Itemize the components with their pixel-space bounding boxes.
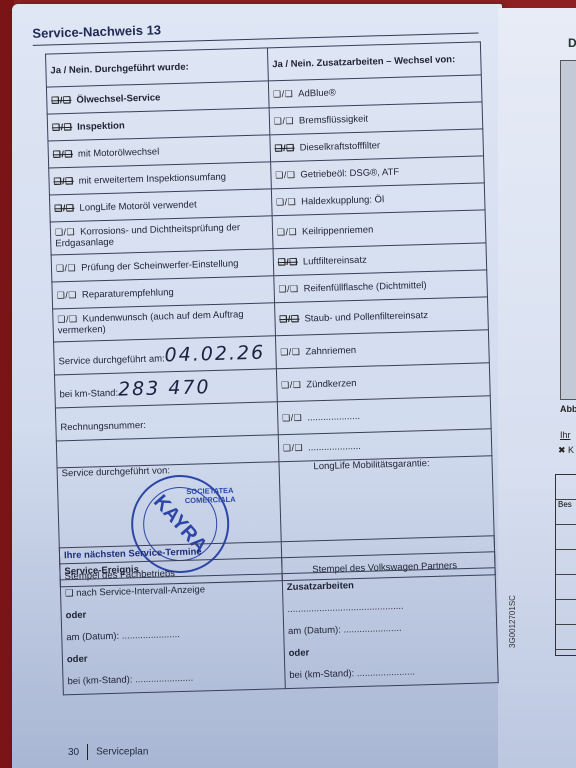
stamp-ring-text: SOCIETATEA COMERCIALA bbox=[163, 485, 257, 506]
footer-divider bbox=[87, 744, 88, 760]
invoice-field-label: Rechnungsnummer: bbox=[60, 420, 146, 433]
checkbox-yes-no[interactable]: ❑/❑ bbox=[283, 442, 303, 453]
extra-km-field[interactable]: ...................... bbox=[357, 666, 415, 679]
service-record-form: Service-Nachweis 13 Ja / Nein. Durchgefü… bbox=[30, 5, 499, 697]
right-page-line-1: Ihr bbox=[560, 430, 571, 440]
right-item-label: AdBlue® bbox=[298, 87, 336, 99]
left-item-label: Inspektion bbox=[77, 120, 125, 132]
checkbox-yes-checked[interactable]: ❑/❑ bbox=[54, 202, 74, 213]
next-km-label: bei (km-Stand): bbox=[67, 674, 132, 687]
extra-work-field[interactable]: ...................... bbox=[287, 602, 345, 615]
service-date-field-value[interactable]: 04.02.26 bbox=[164, 342, 265, 367]
next-km-field[interactable]: ...................... bbox=[135, 672, 193, 685]
checkbox-yes-checked[interactable]: ❑/❑ bbox=[52, 121, 72, 132]
checkbox-yes-checked[interactable]: ❑/❑ bbox=[278, 256, 298, 267]
left-item-label: LongLife Motoröl verwendet bbox=[79, 199, 197, 213]
extra-date-field[interactable]: ...................... bbox=[343, 622, 401, 635]
right-item-label: Keilrippenriemen bbox=[302, 224, 374, 237]
extra-km-label: bei (km-Stand): bbox=[289, 668, 354, 681]
left-item-label: Ölwechsel-Service bbox=[76, 92, 160, 105]
checkbox-yes-no[interactable]: ❑/❑ bbox=[274, 115, 294, 126]
left-item-label: Reparaturempfehlung bbox=[82, 287, 174, 301]
right-item-label: Staub- und Pollenfiltereinsatz bbox=[304, 310, 428, 324]
right-page-caption: Abb bbox=[560, 404, 576, 414]
right-item-label: .................... bbox=[307, 410, 360, 422]
km-field-label: bei km-Stand: bbox=[59, 388, 118, 401]
page-footer: 30Serviceplan bbox=[68, 744, 148, 760]
checkbox-yes-no[interactable]: ❑/❑ bbox=[276, 196, 296, 207]
checkbox-yes-no[interactable]: ❑/❑ bbox=[275, 169, 295, 180]
checkbox-yes-no[interactable]: ❑/❑ bbox=[278, 283, 298, 294]
right-item-label: .................... bbox=[308, 440, 361, 452]
left-item-label: Kundenwunsch (auch auf dem Auftrag verme… bbox=[58, 309, 244, 336]
service-checklist-table: Ja / Nein. Durchgeführt wurde: Ja / Nein… bbox=[45, 41, 496, 587]
checkbox-yes-checked[interactable]: ❑/❑ bbox=[279, 313, 299, 324]
right-item-label: Zahnriemen bbox=[305, 345, 356, 357]
checkbox-yes-no[interactable]: ❑/❑ bbox=[282, 412, 302, 423]
checkbox-yes-checked[interactable]: ❑/❑ bbox=[53, 148, 73, 159]
checkbox-yes-no[interactable]: ❑/❑ bbox=[56, 262, 76, 273]
km-field-value[interactable]: 283 470 bbox=[118, 376, 211, 401]
checkbox-yes-no[interactable]: ❑/❑ bbox=[273, 88, 293, 99]
right-page-heading: D bbox=[568, 36, 576, 50]
right-item-label: Reifenfüllflasche (Dichtmittel) bbox=[303, 280, 426, 294]
right-page-table-cell: Bes bbox=[556, 500, 576, 525]
page-number: 30 bbox=[68, 747, 79, 758]
checkbox-yes-checked[interactable]: ❑/❑ bbox=[51, 94, 71, 105]
service-date-field-label: Service durchgeführt am: bbox=[58, 353, 164, 367]
left-item-label: Korrosions- und Dichtheitsprüfung der Er… bbox=[55, 222, 240, 249]
right-page-image-placeholder bbox=[560, 60, 576, 400]
extra-date-label: am (Datum): bbox=[288, 624, 341, 636]
right-page-table: Bes bbox=[555, 474, 576, 656]
right-item-label: Luftfiltereinsatz bbox=[303, 254, 367, 267]
left-item-label: mit erweitertem Inspektionsumfang bbox=[79, 171, 227, 186]
right-item-label: Bremsflüssigkeit bbox=[299, 113, 368, 126]
next-service-table: Ihre nächsten Service-Termine Service-Er… bbox=[59, 535, 499, 695]
checkbox-yes-no[interactable]: ❑/❑ bbox=[277, 226, 297, 237]
next-date-field[interactable]: ...................... bbox=[122, 629, 180, 642]
left-item-label: Prüfung der Scheinwerfer-Einstellung bbox=[81, 258, 239, 273]
right-page-line-2: ✖ K bbox=[558, 445, 574, 456]
next-date-label: am (Datum): bbox=[66, 630, 119, 642]
left-item-label: mit Motorölwechsel bbox=[78, 146, 160, 159]
checkbox-yes-no[interactable]: ❑/❑ bbox=[55, 227, 75, 238]
checkbox-yes-no[interactable]: ❑/❑ bbox=[57, 289, 77, 300]
footer-section: Serviceplan bbox=[96, 747, 148, 758]
checkbox-yes-no[interactable]: ❑/❑ bbox=[281, 379, 301, 390]
right-item-label: Zündkerzen bbox=[306, 378, 356, 390]
right-item-label: Getriebeöl: DSG®, ATF bbox=[300, 166, 399, 180]
document-code: 3G0012701SC bbox=[508, 595, 517, 648]
checkbox-yes-checked[interactable]: ❑/❑ bbox=[274, 142, 294, 153]
right-item-label: Dieselkraftstofffilter bbox=[300, 140, 381, 153]
checkbox-yes-checked[interactable]: ❑/❑ bbox=[53, 175, 73, 186]
checkbox-yes-no[interactable]: ❑/❑ bbox=[57, 314, 77, 325]
page-title: Service-Nachweis 13 bbox=[32, 22, 161, 41]
checkbox-yes-no[interactable]: ❑/❑ bbox=[280, 346, 300, 357]
right-item-label: Haldexkupplung: Öl bbox=[301, 194, 384, 207]
